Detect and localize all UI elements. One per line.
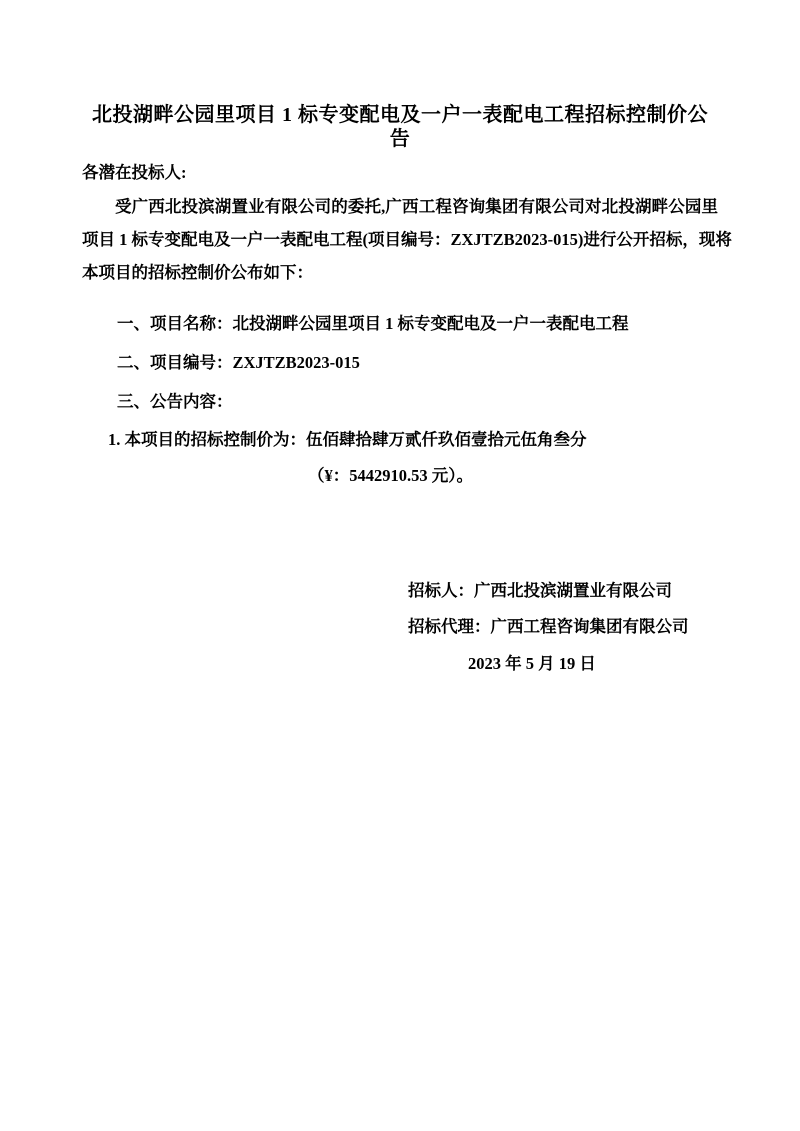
signature-agent: 招标代理：广西工程咨询集团有限公司	[408, 618, 689, 637]
item-announcement-content: 三、公告内容：	[117, 393, 233, 412]
signature-date: 2023 年 5 月 19 日	[468, 655, 596, 674]
intro-line-3: 本项目的招标控制价公布如下：	[82, 264, 718, 283]
item-project-number: 二、项目编号：ZXJTZB2023-015	[117, 354, 360, 373]
announcement-page: 北投湖畔公园里项目 1 标专变配电及一户一表配电工程招标控制价公告 各潜在投标人…	[0, 0, 800, 1131]
document-title: 北投湖畔公园里项目 1 标专变配电及一户一表配电工程招标控制价公告	[82, 103, 718, 151]
intro-line-1: 受广西北投滨湖置业有限公司的委托,广西工程咨询集团有限公司对北投湖畔公园里	[82, 198, 718, 217]
intro-line-2: 项目 1 标专变配电及一户一表配电工程(项目编号：ZXJTZB2023-015)…	[82, 231, 718, 250]
intro-paragraph: 受广西北投滨湖置业有限公司的委托,广西工程咨询集团有限公司对北投湖畔公园里 项目…	[82, 198, 718, 297]
salutation-line: 各潜在投标人:	[82, 164, 187, 183]
control-price-numeric: （¥：5442910.53 元）。	[308, 467, 473, 486]
control-price-in-words: 1. 本项目的招标控制价为：伍佰肆拾肆万贰仟玖佰壹拾元伍角叁分	[108, 431, 587, 450]
signature-bidder: 招标人：广西北投滨湖置业有限公司	[408, 582, 672, 601]
item-project-name: 一、项目名称：北投湖畔公园里项目 1 标专变配电及一户一表配电工程	[117, 315, 629, 334]
